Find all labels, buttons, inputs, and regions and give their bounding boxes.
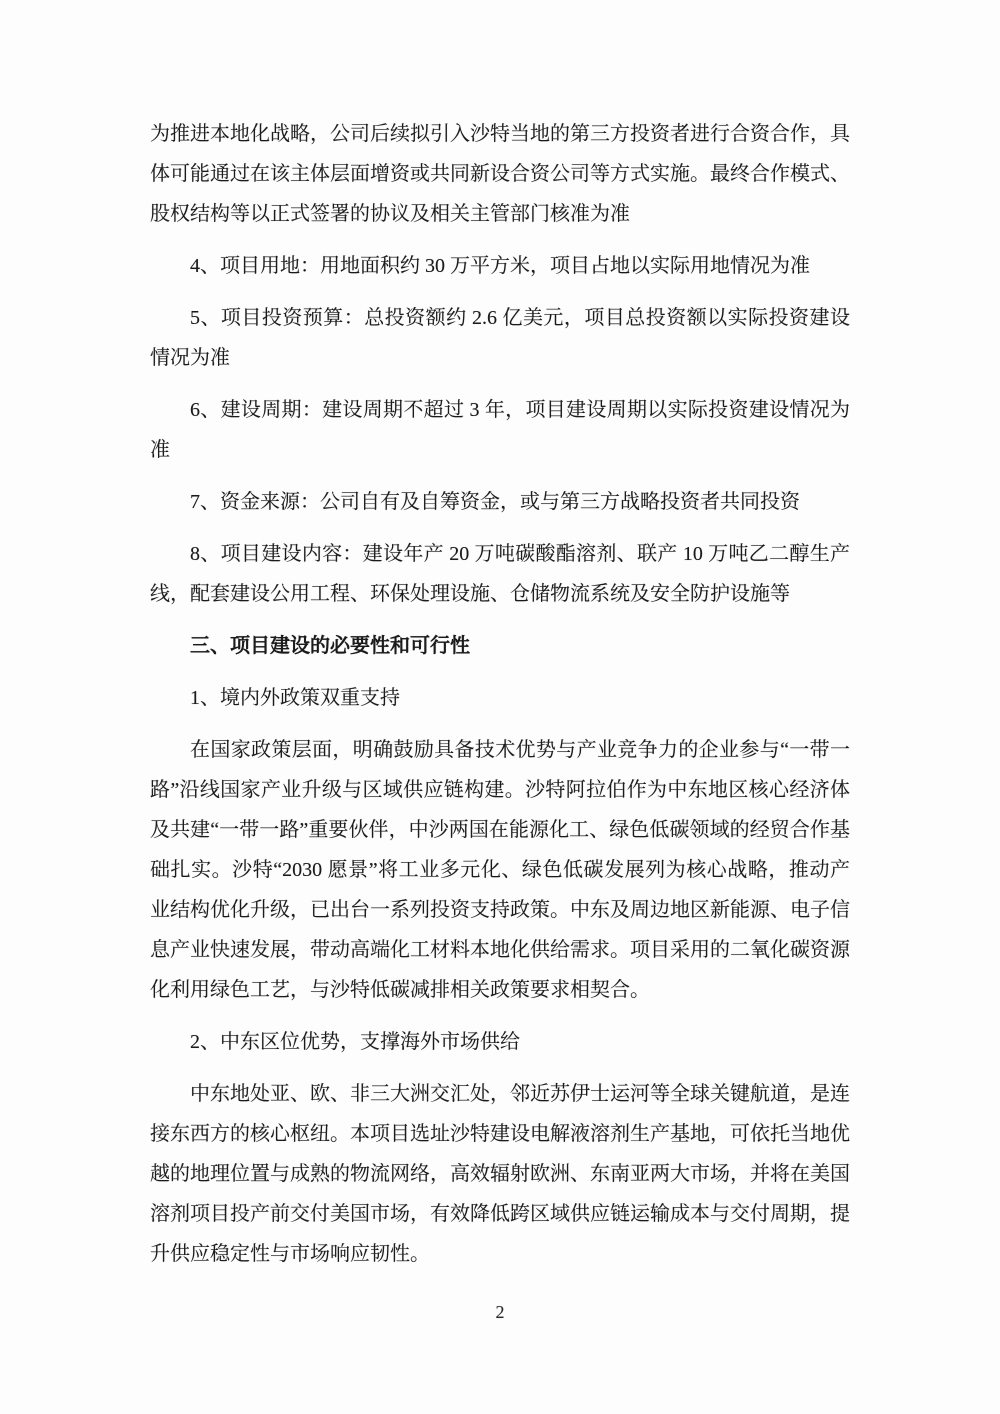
section-heading-necessity-feasibility: 三、项目建设的必要性和可行性 (150, 626, 850, 666)
paragraph-continuation-localization-strategy: 为推进本地化战略，公司后续拟引入沙特当地的第三方投资者进行合资合作，具体可能通过… (150, 114, 850, 234)
document-body: 为推进本地化战略，公司后续拟引入沙特当地的第三方投资者进行合资合作，具体可能通过… (150, 114, 850, 1286)
sub-item-2-location-advantage: 2、中东区位优势，支撑海外市场供给 (150, 1022, 850, 1062)
list-item-7-funding-source: 7、资金来源：公司自有及自筹资金，或与第三方战略投资者共同投资 (150, 482, 850, 522)
list-item-8-construction-content: 8、项目建设内容：建设年产 20 万吨碳酸酯溶剂、联产 10 万吨乙二醇生产线，… (150, 534, 850, 614)
list-item-4-project-land: 4、项目用地：用地面积约 30 万平方米，项目占地以实际用地情况为准 (150, 246, 850, 286)
sub-item-1-policy-support: 1、境内外政策双重支持 (150, 678, 850, 718)
list-item-5-investment-budget: 5、项目投资预算：总投资额约 2.6 亿美元，项目总投资额以实际投资建设情况为准 (150, 298, 850, 378)
page-number: 2 (0, 1300, 1000, 1324)
paragraph-policy-detail: 在国家政策层面，明确鼓励具备技术优势与产业竞争力的企业参与“一带一路”沿线国家产… (150, 730, 850, 1010)
list-item-6-construction-period: 6、建设周期：建设周期不超过 3 年，项目建设周期以实际投资建设情况为准 (150, 390, 850, 470)
paragraph-location-detail: 中东地处亚、欧、非三大洲交汇处，邻近苏伊士运河等全球关键航道，是连接东西方的核心… (150, 1074, 850, 1274)
document-page: 为推进本地化战略，公司后续拟引入沙特当地的第三方投资者进行合资合作，具体可能通过… (0, 0, 1000, 1414)
